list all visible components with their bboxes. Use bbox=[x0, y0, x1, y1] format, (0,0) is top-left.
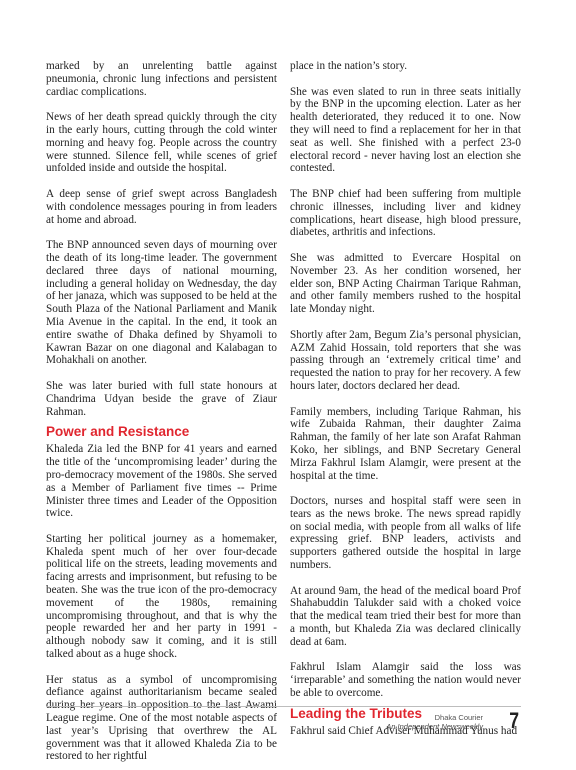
paragraph: The BNP chief had been suffering from mu… bbox=[290, 188, 521, 239]
publication-tagline: An Independent Newsweekly bbox=[386, 722, 483, 731]
footer-masthead: Dhaka Courier An Independent Newsweekly bbox=[386, 713, 483, 731]
paragraph: News of her death spread quickly through… bbox=[46, 111, 277, 175]
paragraph: Her status as a symbol of uncompromising… bbox=[46, 674, 277, 764]
footer-divider bbox=[46, 706, 521, 707]
paragraph: Shortly after 2am, Begum Zia’s personal … bbox=[290, 329, 521, 393]
right-column: place in the nation’s story. She was eve… bbox=[290, 60, 521, 750]
paragraph: Fakhrul Islam Alamgir said the loss was … bbox=[290, 661, 521, 699]
paragraph: Doctors, nurses and hospital staff were … bbox=[290, 495, 521, 572]
paragraph: A deep sense of grief swept across Bangl… bbox=[46, 188, 277, 226]
paragraph: The BNP announced seven days of mourning… bbox=[46, 239, 277, 367]
left-column: marked by an unrelenting battle against … bbox=[46, 60, 277, 770]
paragraph: She was later buried with full state hon… bbox=[46, 380, 277, 418]
paragraph: At around 9am, the head of the medical b… bbox=[290, 585, 521, 649]
paragraph: Khaleda Zia led the BNP for 41 years and… bbox=[46, 443, 277, 520]
page-number: 7 bbox=[509, 710, 519, 732]
paragraph: Starting her political journey as a home… bbox=[46, 533, 277, 661]
paragraph: She was even slated to run in three seat… bbox=[290, 86, 521, 176]
paragraph: Family members, including Tarique Rahman… bbox=[290, 406, 521, 483]
magazine-page: marked by an unrelenting battle against … bbox=[0, 0, 576, 770]
publication-name: Dhaka Courier bbox=[386, 713, 483, 722]
paragraph: marked by an unrelenting battle against … bbox=[46, 60, 277, 98]
section-heading: Power and Resistance bbox=[46, 424, 277, 439]
paragraph: place in the nation’s story. bbox=[290, 60, 521, 73]
paragraph: She was admitted to Evercare Hospital on… bbox=[290, 252, 521, 316]
